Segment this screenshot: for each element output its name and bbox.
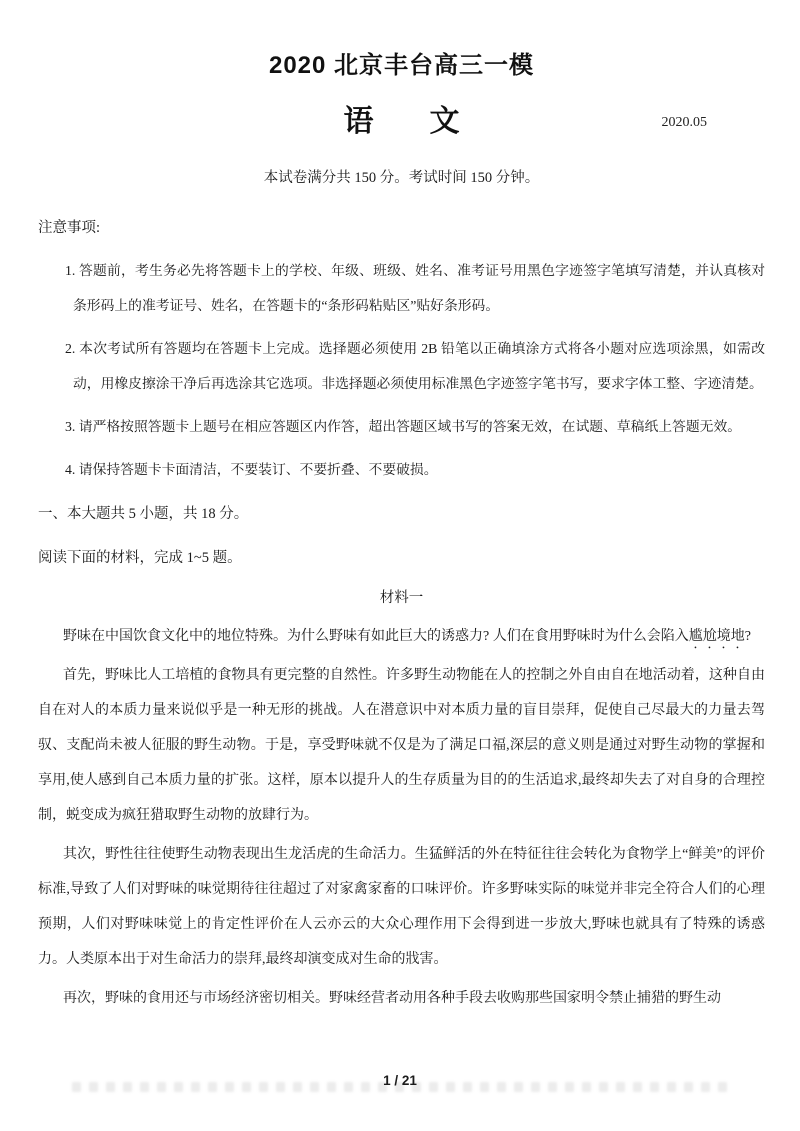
emphasized-text: 尴尬境地 — [689, 629, 745, 644]
paragraph-text: 野味在中国饮食文化中的地位特殊。为什么野味有如此巨大的诱惑力? 人们在食用野味时… — [63, 629, 689, 644]
notice-heading: 注意事项: — [38, 217, 765, 239]
material-paragraph-1: 野味在中国饮食文化中的地位特殊。为什么野味有如此巨大的诱惑力? 人们在食用野味时… — [38, 619, 765, 654]
notice-item-3: 3. 请严格按照答题卡上题号在相应答题区内作答，超出答题区域书写的答案无效，在试… — [38, 409, 765, 444]
notice-item-2: 2. 本次考试所有答题均在答题卡上完成。选择题必须使用 2B 铅笔以正确填涂方式… — [38, 331, 765, 401]
reading-instruction: 阅读下面的材料，完成 1~5 题。 — [38, 547, 765, 569]
paragraph-text: ? — [745, 629, 751, 644]
material-paragraph-2: 首先，野味比人工培植的食物具有更完整的自然性。许多野生动物能在人的控制之外自由自… — [38, 658, 765, 833]
exam-paper-page: 2020 北京丰台高三一模 语文 2020.05 本试卷满分共 150 分。考试… — [0, 0, 800, 1131]
notice-list: 1. 答题前，考生务必先将答题卡上的学校、年级、班级、姓名、准考证号用黑色字迹签… — [38, 253, 765, 487]
notice-item-4: 4. 请保持答题卡卡面清洁，不要装订、不要折叠、不要破损。 — [38, 452, 765, 487]
exam-title: 2020 北京丰台高三一模 — [38, 50, 765, 82]
material-paragraph-4: 再次，野味的食用还与市场经济密切相关。野味经营者动用各种手段去收购那些国家明令禁… — [38, 981, 765, 1016]
material-title: 材料一 — [38, 587, 765, 609]
section-heading: 一、本大题共 5 小题，共 18 分。 — [38, 503, 765, 525]
subject-char-second: 文 — [430, 105, 460, 138]
subject-char-first: 语 — [344, 105, 374, 138]
notice-item-1: 1. 答题前，考生务必先将答题卡上的学校、年级、班级、姓名、准考证号用黑色字迹签… — [38, 253, 765, 323]
exam-date: 2020.05 — [662, 103, 708, 143]
page-number: 1 / 21 — [0, 1073, 800, 1088]
exam-info-line: 本试卷满分共 150 分。考试时间 150 分钟。 — [38, 167, 765, 189]
subject-row: 语文 2020.05 — [38, 102, 765, 147]
material-paragraph-3: 其次，野性往往使野生动物表现出生龙活虎的生命活力。生猛鲜活的外在特征往往会转化为… — [38, 837, 765, 977]
